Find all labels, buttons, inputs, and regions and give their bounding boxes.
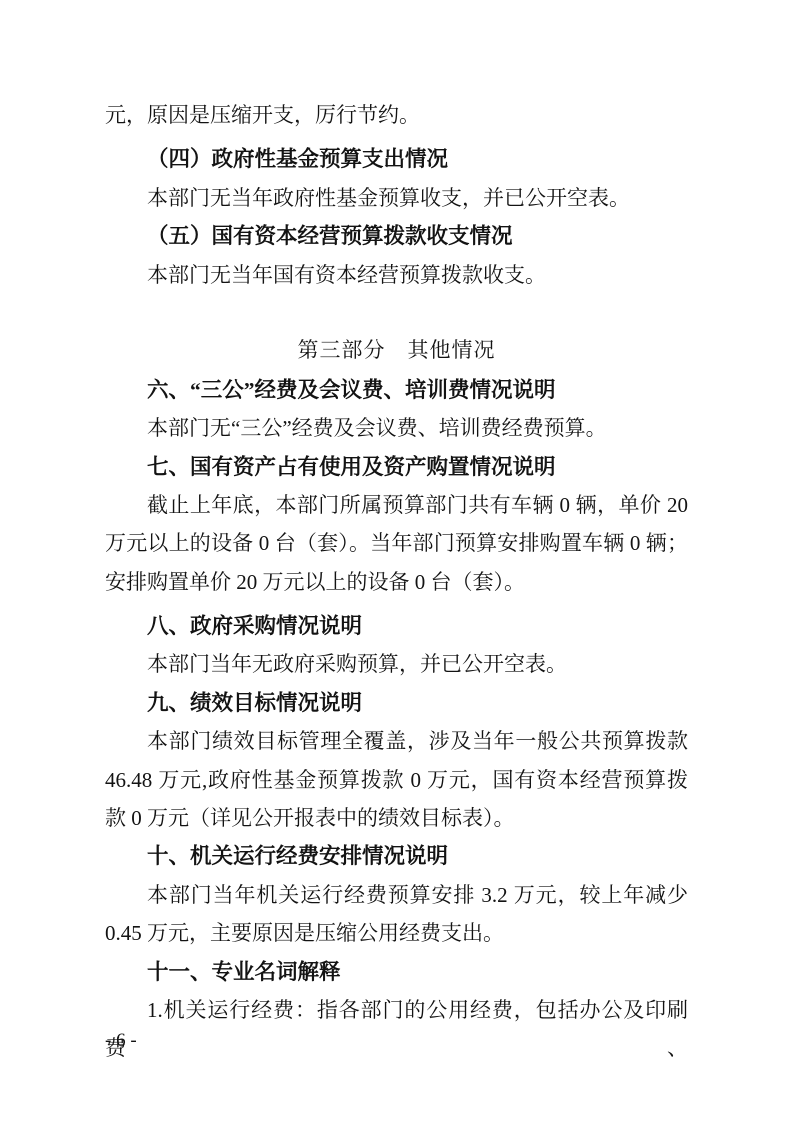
section-heading-8: 八、政府采购情况说明 (105, 607, 688, 645)
document-page: 元，原因是压缩开支，厉行节约。 （四）政府性基金预算支出情况 本部门无当年政府性… (0, 0, 793, 1122)
document-body: 元，原因是压缩开支，厉行节约。 （四）政府性基金预算支出情况 本部门无当年政府性… (105, 96, 688, 1029)
paragraph-line: 46.48 万元,政府性基金预算拨款 0 万元，国有资本经营预算拨 (105, 761, 688, 799)
paragraph-line: 1.机关运行经费：指各部门的公用经费，包括办公及印刷费、 (105, 991, 688, 1029)
section-heading-6: 六、“三公”经费及会议费、培训费情况说明 (105, 371, 688, 409)
paragraph-line: 本部门无当年政府性基金预算收支，并已公开空表。 (105, 179, 688, 217)
section-heading-5: （五）国有资本经营预算拨款收支情况 (105, 217, 688, 255)
paragraph-line: 本部门无“三公”经费及会议费、培训费经费预算。 (105, 409, 688, 447)
section-heading-7: 七、国有资产占有使用及资产购置情况说明 (105, 448, 688, 486)
blank-line (105, 294, 688, 332)
section-heading-11: 十一、专业名词解释 (105, 953, 688, 991)
paragraph-line: 万元以上的设备 0 台（套）。当年部门预算安排购置车辆 0 辆； (105, 524, 688, 562)
paragraph-line: 截止上年底，本部门所属预算部门共有车辆 0 辆，单价 20 (105, 486, 688, 524)
paragraph-continuation-line: 元，原因是压缩开支，厉行节约。 (105, 96, 688, 134)
page-number: - 6 - (105, 1026, 137, 1056)
section-heading-9: 九、绩效目标情况说明 (105, 684, 688, 722)
paragraph-line: 款 0 万元（详见公开报表中的绩效目标表）。 (105, 799, 688, 837)
section-heading-10: 十、机关运行经费安排情况说明 (105, 837, 688, 875)
section-heading-4: （四）政府性基金预算支出情况 (105, 140, 688, 178)
paragraph-line: 本部门绩效目标管理全覆盖，涉及当年一般公共预算拨款 (105, 722, 688, 760)
paragraph-line: 本部门无当年国有资本经营预算拨款收支。 (105, 256, 688, 294)
paragraph-line: 0.45 万元，主要原因是压缩公用经费支出。 (105, 914, 688, 952)
part-heading: 第三部分 其他情况 (105, 332, 688, 370)
paragraph-line: 本部门当年无政府采购预算，并已公开空表。 (105, 645, 688, 683)
paragraph-line: 安排购置单价 20 万元以上的设备 0 台（套）。 (105, 563, 688, 601)
paragraph-line: 本部门当年机关运行经费预算安排 3.2 万元，较上年减少 (105, 876, 688, 914)
